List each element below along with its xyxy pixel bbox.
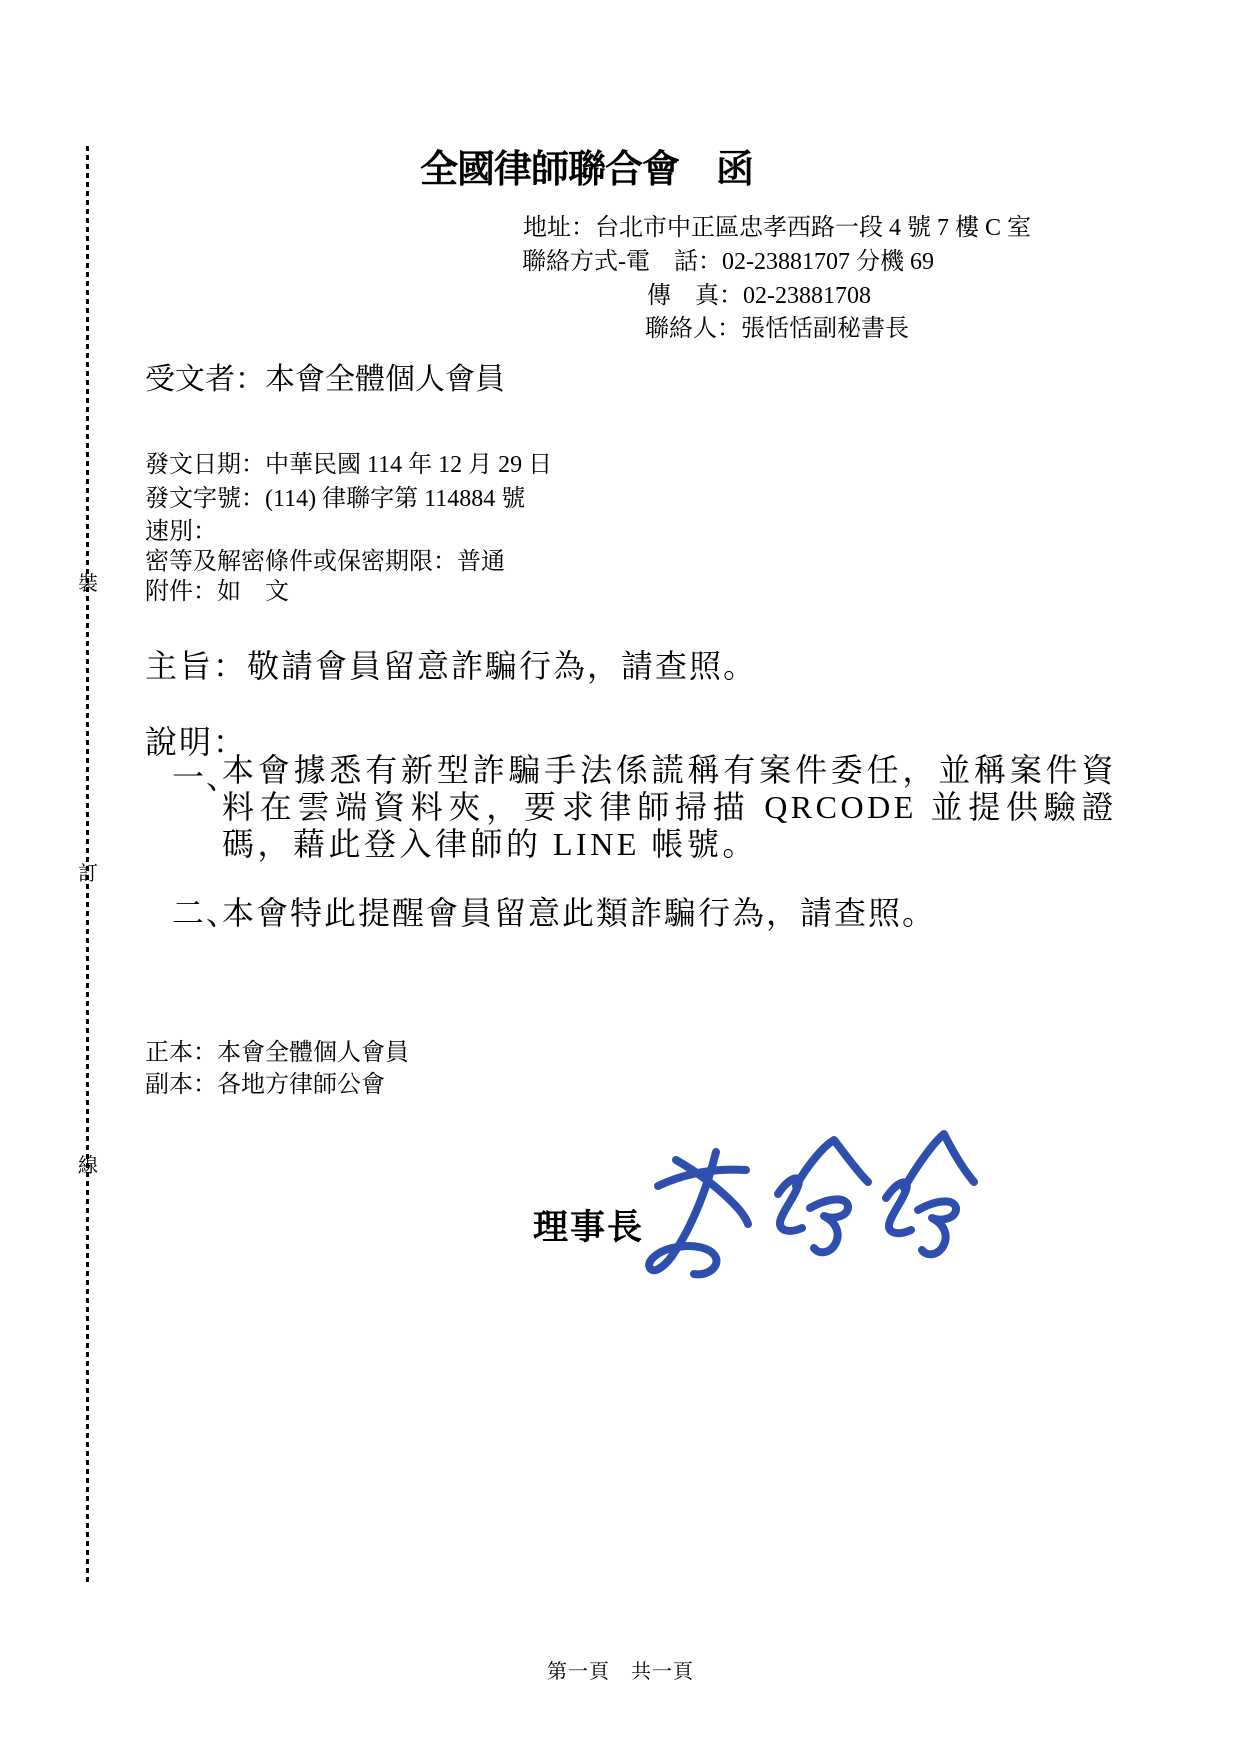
- signature-stroke: [918, 1201, 956, 1254]
- explanation-item-1-text: 本會據悉有新型詐騙手法係謊稱有案件委任，並稱案件資料在雲端資料夾，要求律師掃描 …: [222, 752, 1117, 863]
- signature-stroke: [810, 1199, 848, 1252]
- distribution-copy-line: 副本：各地方律師公會: [145, 1064, 385, 1099]
- signature-handwriting: [628, 1124, 980, 1302]
- subject-line: 主旨：敬請會員留意詐騙行為，請查照。: [145, 641, 757, 687]
- binding-mark-zhuang: 裝: [74, 572, 102, 596]
- explanation-item-2-text: 本會特此提醒會員留意此類詐騙行為，請查照。: [222, 888, 936, 934]
- document-title: 全國律師聯合會 函: [420, 138, 753, 193]
- binding-mark-ding: 訂: [74, 862, 102, 886]
- distribution-original-line: 正本：本會全體個人會員: [145, 1032, 409, 1067]
- org-address-line: 地址：台北市中正區忠孝西路一段 4 號 7 樓 C 室: [523, 207, 1031, 242]
- signature-stroke: [904, 1134, 974, 1188]
- org-fax-line: 傳 真：02-23881708: [647, 275, 871, 310]
- signature-stroke: [796, 1140, 868, 1186]
- binding-mark-xian: 線: [74, 1154, 102, 1178]
- org-contact-line: 聯絡人：張恬恬副秘書長: [645, 308, 909, 343]
- issue-number-line: 發文字號：(114) 律聯字第 114884 號: [145, 478, 525, 513]
- attachment-line: 附件：如 文: [145, 571, 289, 606]
- issue-date-line: 發文日期：中華民國 114 年 12 月 29 日: [145, 444, 552, 479]
- signature-strokes: [649, 1134, 974, 1274]
- official-letter-page: 裝 訂 線 全國律師聯合會 函 地址：台北市中正區忠孝西路一段 4 號 7 樓 …: [0, 0, 1241, 1754]
- page-number-footer: 第一頁 共一頁: [547, 1655, 694, 1684]
- org-phone-line: 聯絡方式-電 話：02-23881707 分機 69: [522, 241, 934, 276]
- recipient-line: 受文者：本會全體個人會員: [145, 354, 505, 398]
